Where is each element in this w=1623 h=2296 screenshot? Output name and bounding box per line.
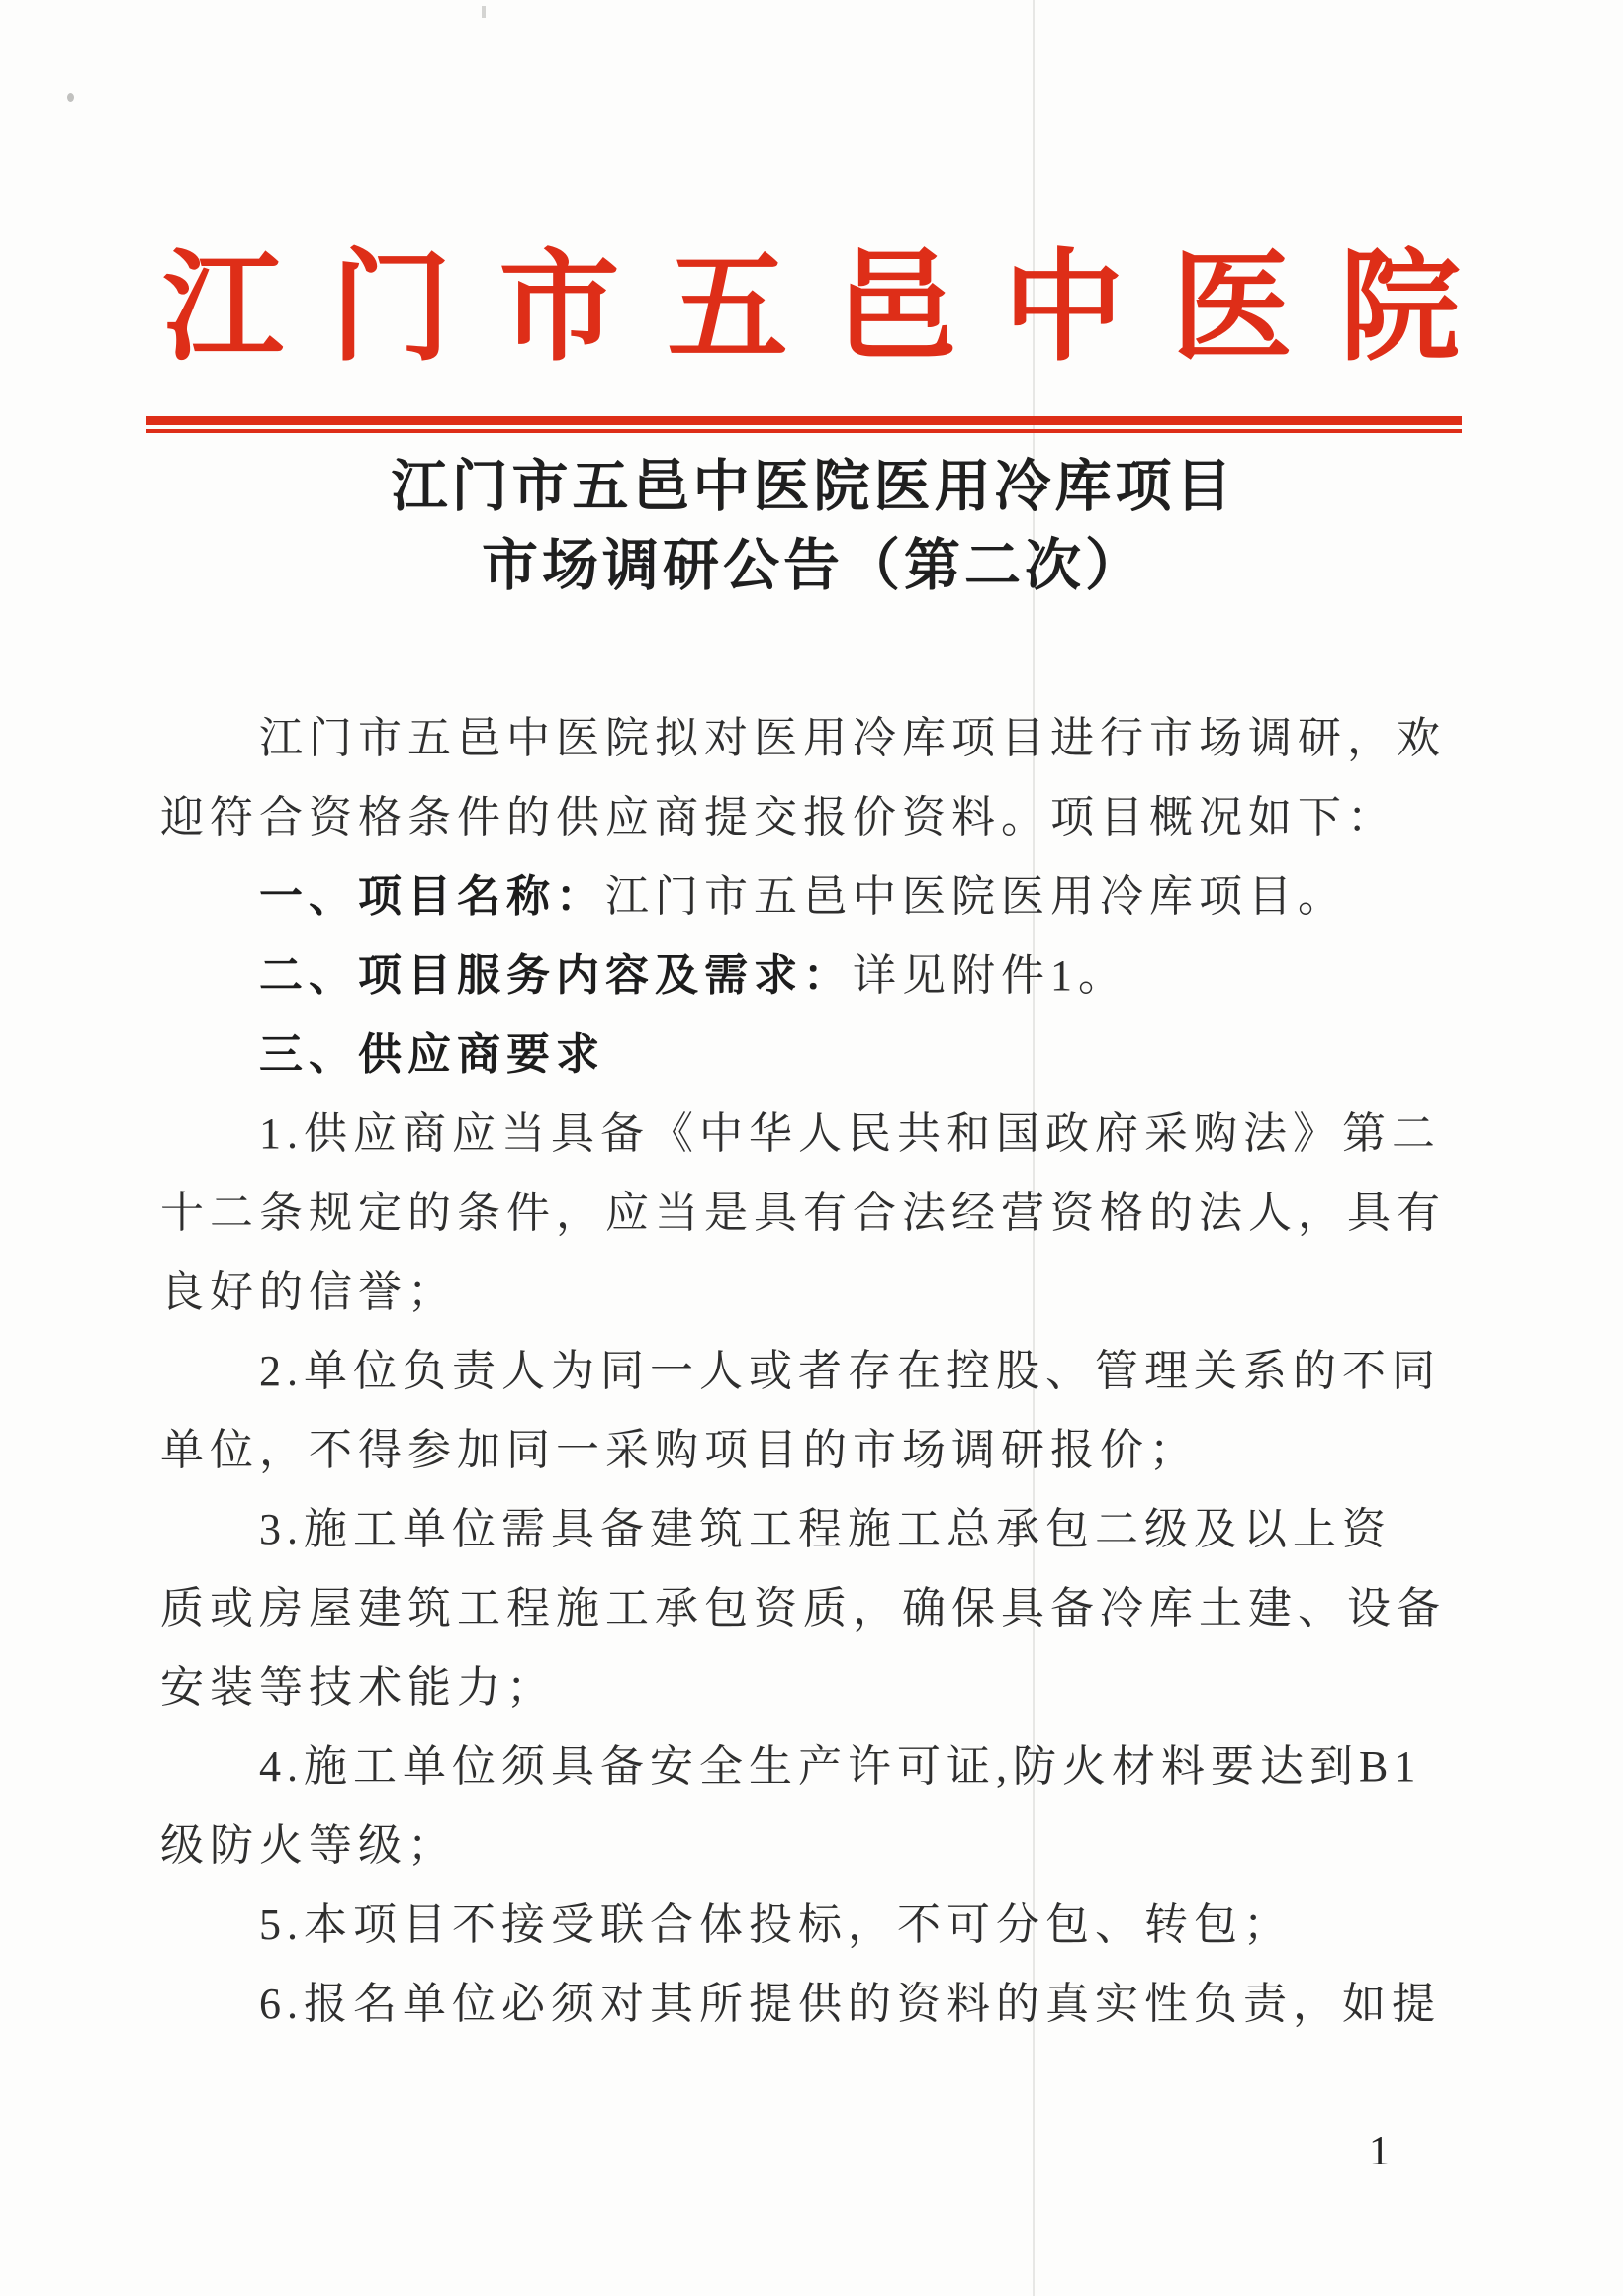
section-label: 三、供应商要求 — [259, 1030, 605, 1079]
requirement-line: 3.施工单位需具备建筑工程施工总承包二级及以上资 — [0, 1490, 1623, 1569]
scan-speck — [482, 6, 486, 18]
section-value: 江门市五邑中医院医用冷库项目。 — [605, 872, 1347, 921]
requirement-line: 单位，不得参加同一采购项目的市场调研报价； — [0, 1411, 1623, 1490]
divider-thin-line — [146, 429, 1462, 433]
section-label: 二、项目服务内容及需求： — [259, 951, 853, 1000]
doc-title: 江门市五邑中医院医用冷库项目 市场调研公告（第二次） — [0, 448, 1623, 606]
intro-line: 江门市五邑中医院拟对医用冷库项目进行市场调研，欢 — [0, 699, 1623, 778]
doc-title-line1: 江门市五邑中医院医用冷库项目 — [4, 448, 1623, 527]
divider-thick-line — [146, 416, 1462, 425]
requirement-line: 5.本项目不接受联合体投标，不可分包、转包； — [0, 1886, 1623, 1965]
page-number: 1 — [1369, 2128, 1390, 2175]
requirement-line: 安装等技术能力； — [0, 1648, 1623, 1727]
requirement-line: 良好的信誉； — [0, 1253, 1623, 1332]
section-value: 详见附件1。 — [853, 951, 1127, 1000]
section-service-content: 二、项目服务内容及需求：详见附件1。 — [0, 936, 1623, 1016]
requirement-line: 级防火等级； — [0, 1807, 1623, 1886]
requirement-line: 质或房屋建筑工程施工承包资质，确保具备冷库土建、设备 — [0, 1569, 1623, 1648]
document-page: 江门市五邑中医院 江门市五邑中医院医用冷库项目 市场调研公告（第二次） 江门市五… — [0, 0, 1623, 2296]
requirement-line: 十二条规定的条件，应当是具有合法经营资格的法人，具有 — [0, 1174, 1623, 1253]
requirement-line: 1.供应商应当具备《中华人民共和国政府采购法》第二 — [0, 1095, 1623, 1174]
doc-body: 江门市五邑中医院拟对医用冷库项目进行市场调研，欢 迎符合资格条件的供应商提交报价… — [0, 699, 1623, 2044]
section-label: 一、项目名称： — [259, 872, 605, 921]
letterhead-divider — [146, 416, 1462, 433]
section-supplier-requirements: 三、供应商要求 — [0, 1016, 1623, 1095]
section-project-name: 一、项目名称：江门市五邑中医院医用冷库项目。 — [0, 857, 1623, 936]
requirement-line: 2.单位负责人为同一人或者存在控股、管理关系的不同 — [0, 1332, 1623, 1411]
scan-speck — [67, 93, 74, 102]
intro-line: 迎符合资格条件的供应商提交报价资料。项目概况如下： — [0, 778, 1623, 857]
doc-title-line2: 市场调研公告（第二次） — [4, 527, 1623, 606]
hospital-letterhead: 江门市五邑中医院 — [0, 245, 1623, 374]
requirement-line: 4.施工单位须具备安全生产许可证,防火材料要达到B1 — [0, 1727, 1623, 1807]
requirement-line: 6.报名单位必须对其所提供的资料的真实性负责，如提 — [0, 1965, 1623, 2044]
